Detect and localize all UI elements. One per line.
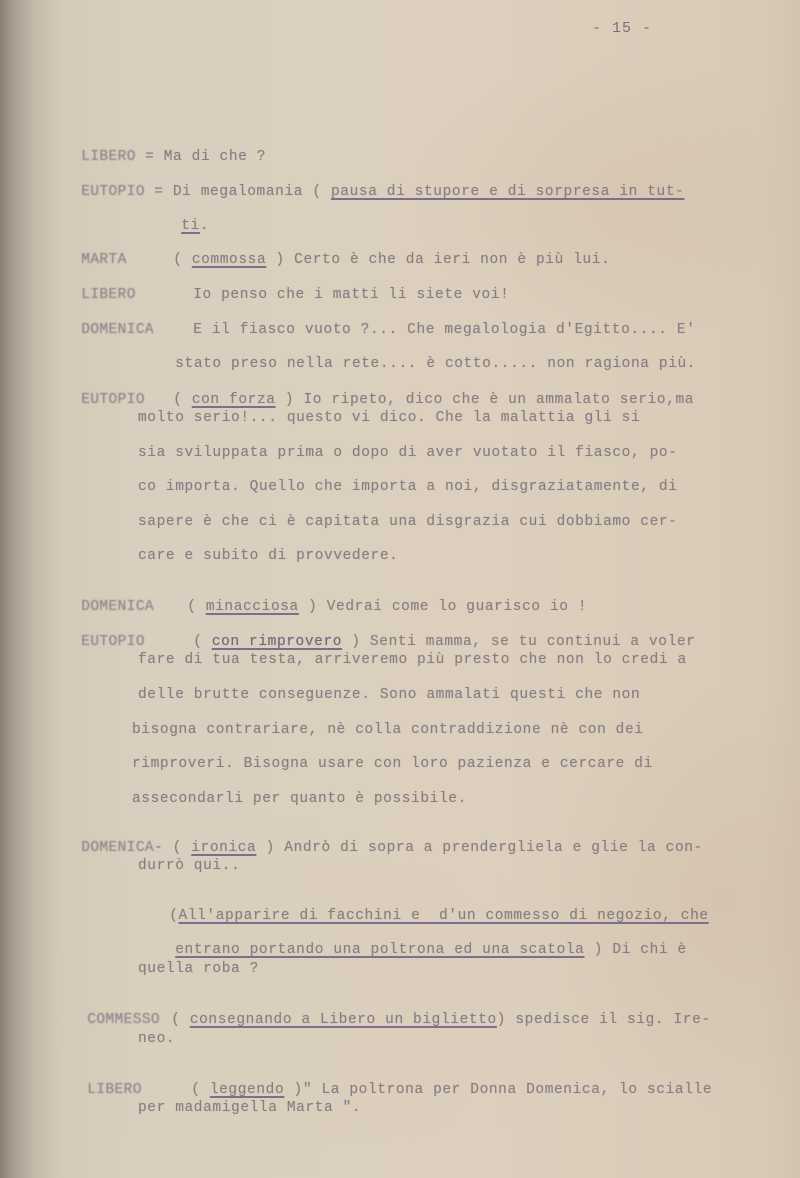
dialogue-continuation: assecondarli per quanto è possibile. xyxy=(132,791,467,807)
dialogue-continuation: co importa. Quello che importa a noi, di… xyxy=(138,479,677,495)
stage-direction: commossa xyxy=(192,252,266,268)
dialogue-continuation: care e subito di provvedere. xyxy=(138,548,398,564)
speaker-name: DOMENICA xyxy=(81,322,193,338)
dialogue-continuation: sapere è che ci è capitata una disgrazia… xyxy=(138,514,677,530)
dialogue-continuation: fare di tua testa, arriveremo più presto… xyxy=(138,652,687,668)
speaker-name: EUTOPIO xyxy=(81,634,193,650)
stage-direction: con rimprovero xyxy=(212,634,342,650)
stage-direction: ti xyxy=(181,218,200,234)
stage-direction: All'apparire di facchini e d'un commesso… xyxy=(179,908,709,924)
stage-direction: leggendo xyxy=(210,1082,284,1098)
dialogue-continuation: neo. xyxy=(138,1031,175,1047)
speaker-name: DOMENICA xyxy=(81,840,154,856)
dialogue-continuation: per madamigella Marta ". xyxy=(138,1100,361,1116)
stage-direction: ironica xyxy=(191,840,256,856)
speaker-name: DOMENICA xyxy=(81,599,187,615)
page-number: - 15 - xyxy=(592,20,652,37)
dialogue-continuation: molto serio!... questo vi dico. Che la m… xyxy=(138,410,640,426)
dialogue-continuation: durrò qui.. xyxy=(138,858,240,874)
typewritten-page: - 15 - LIBERO = Ma di che ? EUTOPIO = Di… xyxy=(0,0,800,1178)
speaker-name: EUTOPIO xyxy=(81,184,145,200)
speaker-name: LIBERO xyxy=(87,1082,191,1098)
dialogue-continuation: quella roba ? xyxy=(138,961,259,977)
speaker-name: LIBERO xyxy=(81,287,193,303)
stage-direction: entrano portando una poltrona ed una sca… xyxy=(175,942,584,958)
dialogue-continuation: rimproveri. Bisogna usare con loro pazie… xyxy=(132,756,653,772)
speaker-name: EUTOPIO xyxy=(81,392,173,408)
dialogue-line: EUTOPIO = Di megalomania ( pausa di stup… xyxy=(44,168,684,216)
stage-direction: pausa di stupore e di sorpresa in tut- xyxy=(331,184,684,200)
speaker-name: COMMESSO xyxy=(87,1012,171,1028)
speaker-name: LIBERO xyxy=(81,149,136,165)
stage-direction: consegnando a Libero un biglietto xyxy=(190,1012,497,1028)
dialogue-continuation: delle brutte conseguenze. Sono ammalati … xyxy=(138,687,640,703)
dialogue-continuation: sia sviluppata prima o dopo di aver vuot… xyxy=(138,445,677,461)
stage-direction: con forza xyxy=(192,392,276,408)
speaker-name: MARTA xyxy=(81,252,173,268)
dialogue-continuation: bisogna contrariare, nè colla contraddiz… xyxy=(132,722,644,738)
stage-direction: minacciosa xyxy=(206,599,299,615)
